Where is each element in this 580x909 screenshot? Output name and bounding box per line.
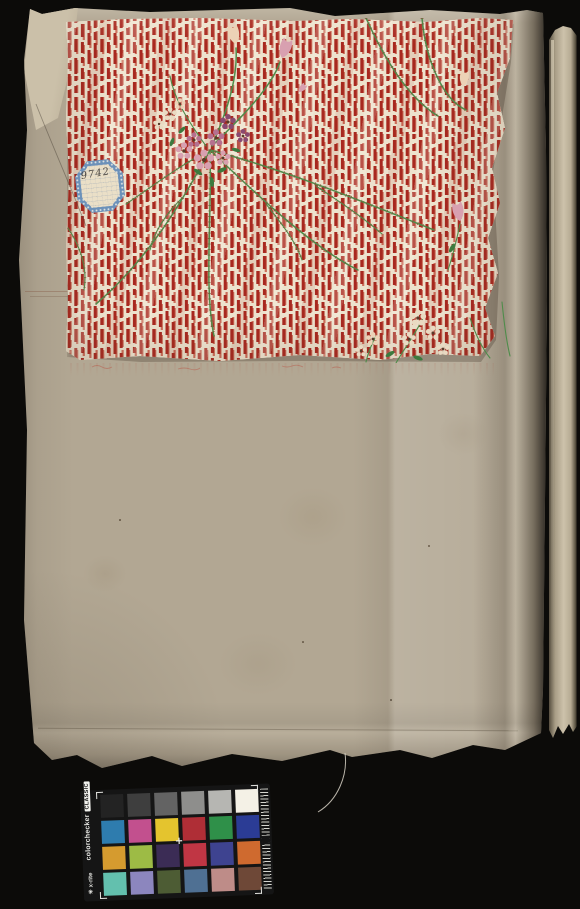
facing-page-edge-highlight [551, 40, 554, 700]
brand-mark: ✳ x-rite [87, 868, 95, 894]
color-patch [211, 868, 235, 891]
color-patch [101, 820, 125, 843]
photograph-canvas: 9742 colorchecker classic ✳ x-rite + [0, 0, 580, 909]
pattern-offset-ghost [70, 363, 494, 376]
color-patch [130, 871, 154, 894]
paper-speck [428, 545, 430, 547]
corner-shading [13, 567, 233, 772]
color-patch [208, 790, 232, 813]
crop-bracket-icon [251, 785, 258, 792]
color-patch [236, 815, 260, 838]
paper-stain [83, 555, 127, 593]
x-rite-logo-icon: ✳ [88, 889, 95, 894]
color-patch [100, 794, 124, 817]
floral-spray-motif [66, 18, 513, 363]
color-patch [182, 817, 206, 840]
crop-bracket-icon [96, 792, 103, 799]
ruler-gap [262, 835, 270, 842]
color-patch [210, 842, 234, 865]
color-patch [102, 846, 126, 869]
colorchecker-card: colorchecker classic ✳ x-rite + [80, 783, 274, 901]
crop-bracket-icon [255, 887, 262, 894]
paper-stain [278, 487, 348, 547]
brand-name: x-rite [88, 873, 95, 888]
color-patch [127, 793, 151, 816]
color-patch [154, 792, 178, 815]
color-patch [183, 843, 207, 866]
color-patch [209, 816, 233, 839]
paper-speck [119, 519, 121, 521]
color-patch [184, 869, 208, 892]
color-patch [157, 870, 181, 893]
paper-stain [218, 632, 298, 696]
center-cross-mark: + [175, 837, 184, 847]
colorchecker-edition-badge: classic [83, 781, 90, 811]
color-patch [237, 841, 261, 864]
paper-speck [302, 641, 304, 643]
color-patch [181, 791, 205, 814]
color-patch [235, 789, 259, 812]
colorchecker-title: colorchecker classic [83, 798, 92, 860]
crop-bracket-icon [100, 892, 107, 899]
color-patch [128, 819, 152, 842]
color-patch [129, 845, 153, 868]
colorchecker-title-text: colorchecker [84, 814, 93, 860]
color-patch [156, 844, 180, 867]
